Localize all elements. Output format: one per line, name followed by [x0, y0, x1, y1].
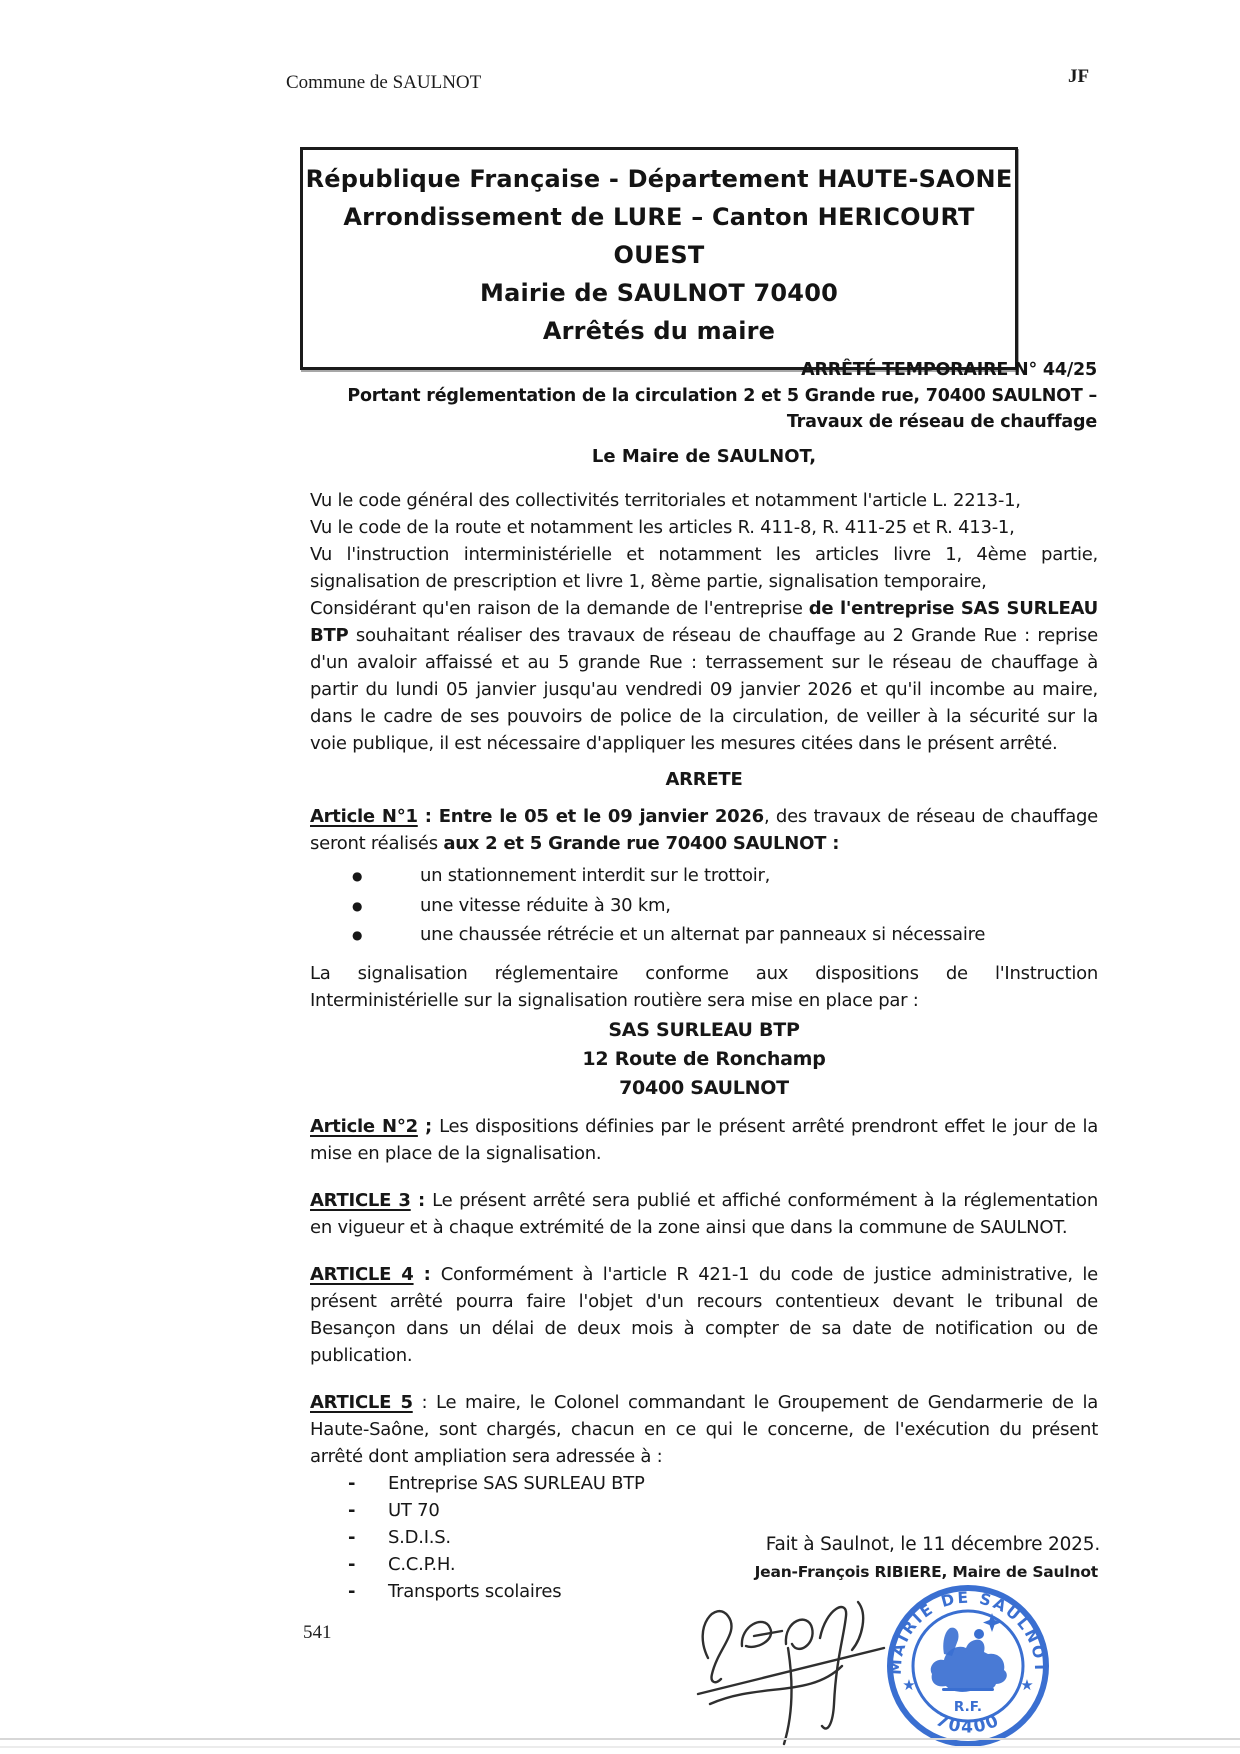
visa-1: Vu le code général des collectivités ter… [310, 487, 1098, 514]
stamp-star-right: ★ [1020, 1676, 1033, 1694]
title-line-arrondissement: Arrondissement de LURE – Canton HERICOUR… [303, 198, 1015, 236]
date-place-line: Fait à Saulnot, le 11 décembre 2025. [766, 1534, 1100, 1555]
article-1: Article N°1 : Entre le 05 et le 09 janvi… [310, 803, 1098, 857]
commune-header: Commune de SAULNOT [286, 72, 481, 94]
document-body: Vu le code général des collectivités ter… [310, 487, 1098, 1605]
article-4: ARTICLE 4 : Conformément à l'article R 4… [310, 1261, 1098, 1369]
article-1-address: aux 2 et 5 Grande rue 70400 SAULNOT : [443, 833, 839, 854]
signatory-line: Jean-François RIBIERE, Maire de Saulnot [755, 1563, 1098, 1581]
visa-2: Vu le code de la route et notamment les … [310, 514, 1098, 541]
article-1-dates: Entre le 05 et le 09 janvier 2026 [439, 806, 764, 827]
considerant: Considérant qu'en raison de la demande d… [310, 595, 1098, 757]
stamp-rf-text: R.F. [954, 1699, 982, 1715]
company-street: 12 Route de Ronchamp [310, 1045, 1098, 1074]
article-1-colon: : [418, 806, 439, 827]
article-5-label: ARTICLE 5 [310, 1392, 413, 1413]
title-box: République Française - Département HAUTE… [300, 147, 1018, 370]
scan-edge-line-2 [0, 1746, 1240, 1748]
company-block: SAS SURLEAU BTP 12 Route de Ronchamp 704… [310, 1016, 1098, 1103]
arrete-heading: ARRETE [310, 766, 1098, 793]
company-city: 70400 SAULNOT [310, 1074, 1098, 1103]
considerant-text-2: souhaitant réaliser des travaux de résea… [310, 625, 1098, 754]
article-1-label: Article N°1 [310, 806, 418, 827]
initials-jf: JF [1068, 66, 1089, 88]
considerant-text: Considérant qu'en raison de la demande d… [310, 598, 809, 619]
article-3-sep: : [411, 1190, 432, 1211]
article-5-sep: : [413, 1392, 436, 1413]
recipient-item: UT 70 [310, 1497, 1098, 1524]
article-1-bullets: un stationnement interdit sur le trottoi… [310, 861, 1098, 950]
bullet-item: une chaussée rétrécie et un alternat par… [310, 920, 1098, 950]
article-2-label: Article N°2 [310, 1116, 418, 1137]
scan-edge-line [0, 1738, 1240, 1740]
bullet-item: une vitesse réduite à 30 km, [310, 891, 1098, 921]
title-line-ouest: OUEST [303, 236, 1015, 274]
article-4-sep: : [414, 1264, 441, 1285]
recipient-item: Entreprise SAS SURLEAU BTP [310, 1470, 1098, 1497]
article-3: ARTICLE 3 : Le présent arrêté sera publi… [310, 1187, 1098, 1241]
company-name: SAS SURLEAU BTP [310, 1016, 1098, 1045]
bullet-item: un stationnement interdit sur le trottoi… [310, 861, 1098, 891]
title-line-mairie: Mairie de SAULNOT 70400 [303, 274, 1015, 312]
mairie-stamp: MAIRIE DE SAULNOT 70400 R.F. ★ ★ [882, 1580, 1054, 1752]
handwritten-signature [688, 1586, 906, 1748]
visa-3: Vu l'instruction interministérielle et n… [310, 541, 1098, 595]
arrete-number: ARRÊTÉ TEMPORAIRE N° 44/25 [801, 360, 1097, 380]
subject-line-2: Travaux de réseau de chauffage [787, 412, 1097, 432]
page-number: 541 [303, 1622, 332, 1644]
subject-line: Portant réglementation de la circulation… [347, 386, 1097, 406]
stamp-emblem [931, 1613, 1007, 1692]
title-line-republique: République Française - Département HAUTE… [303, 160, 1015, 198]
article-4-label: ARTICLE 4 [310, 1264, 414, 1285]
title-line-arretes: Arrêtés du maire [303, 312, 1015, 350]
signalisation-paragraph: La signalisation réglementaire conforme … [310, 960, 1098, 1014]
article-5: ARTICLE 5 : Le maire, le Colonel command… [310, 1389, 1098, 1470]
article-2-sep: ; [418, 1116, 439, 1137]
article-2: Article N°2 ; Les dispositions définies … [310, 1113, 1098, 1167]
salutation: Le Maire de SAULNOT, [310, 446, 1098, 467]
article-3-label: ARTICLE 3 [310, 1190, 411, 1211]
stamp-star-left: ★ [902, 1676, 915, 1694]
